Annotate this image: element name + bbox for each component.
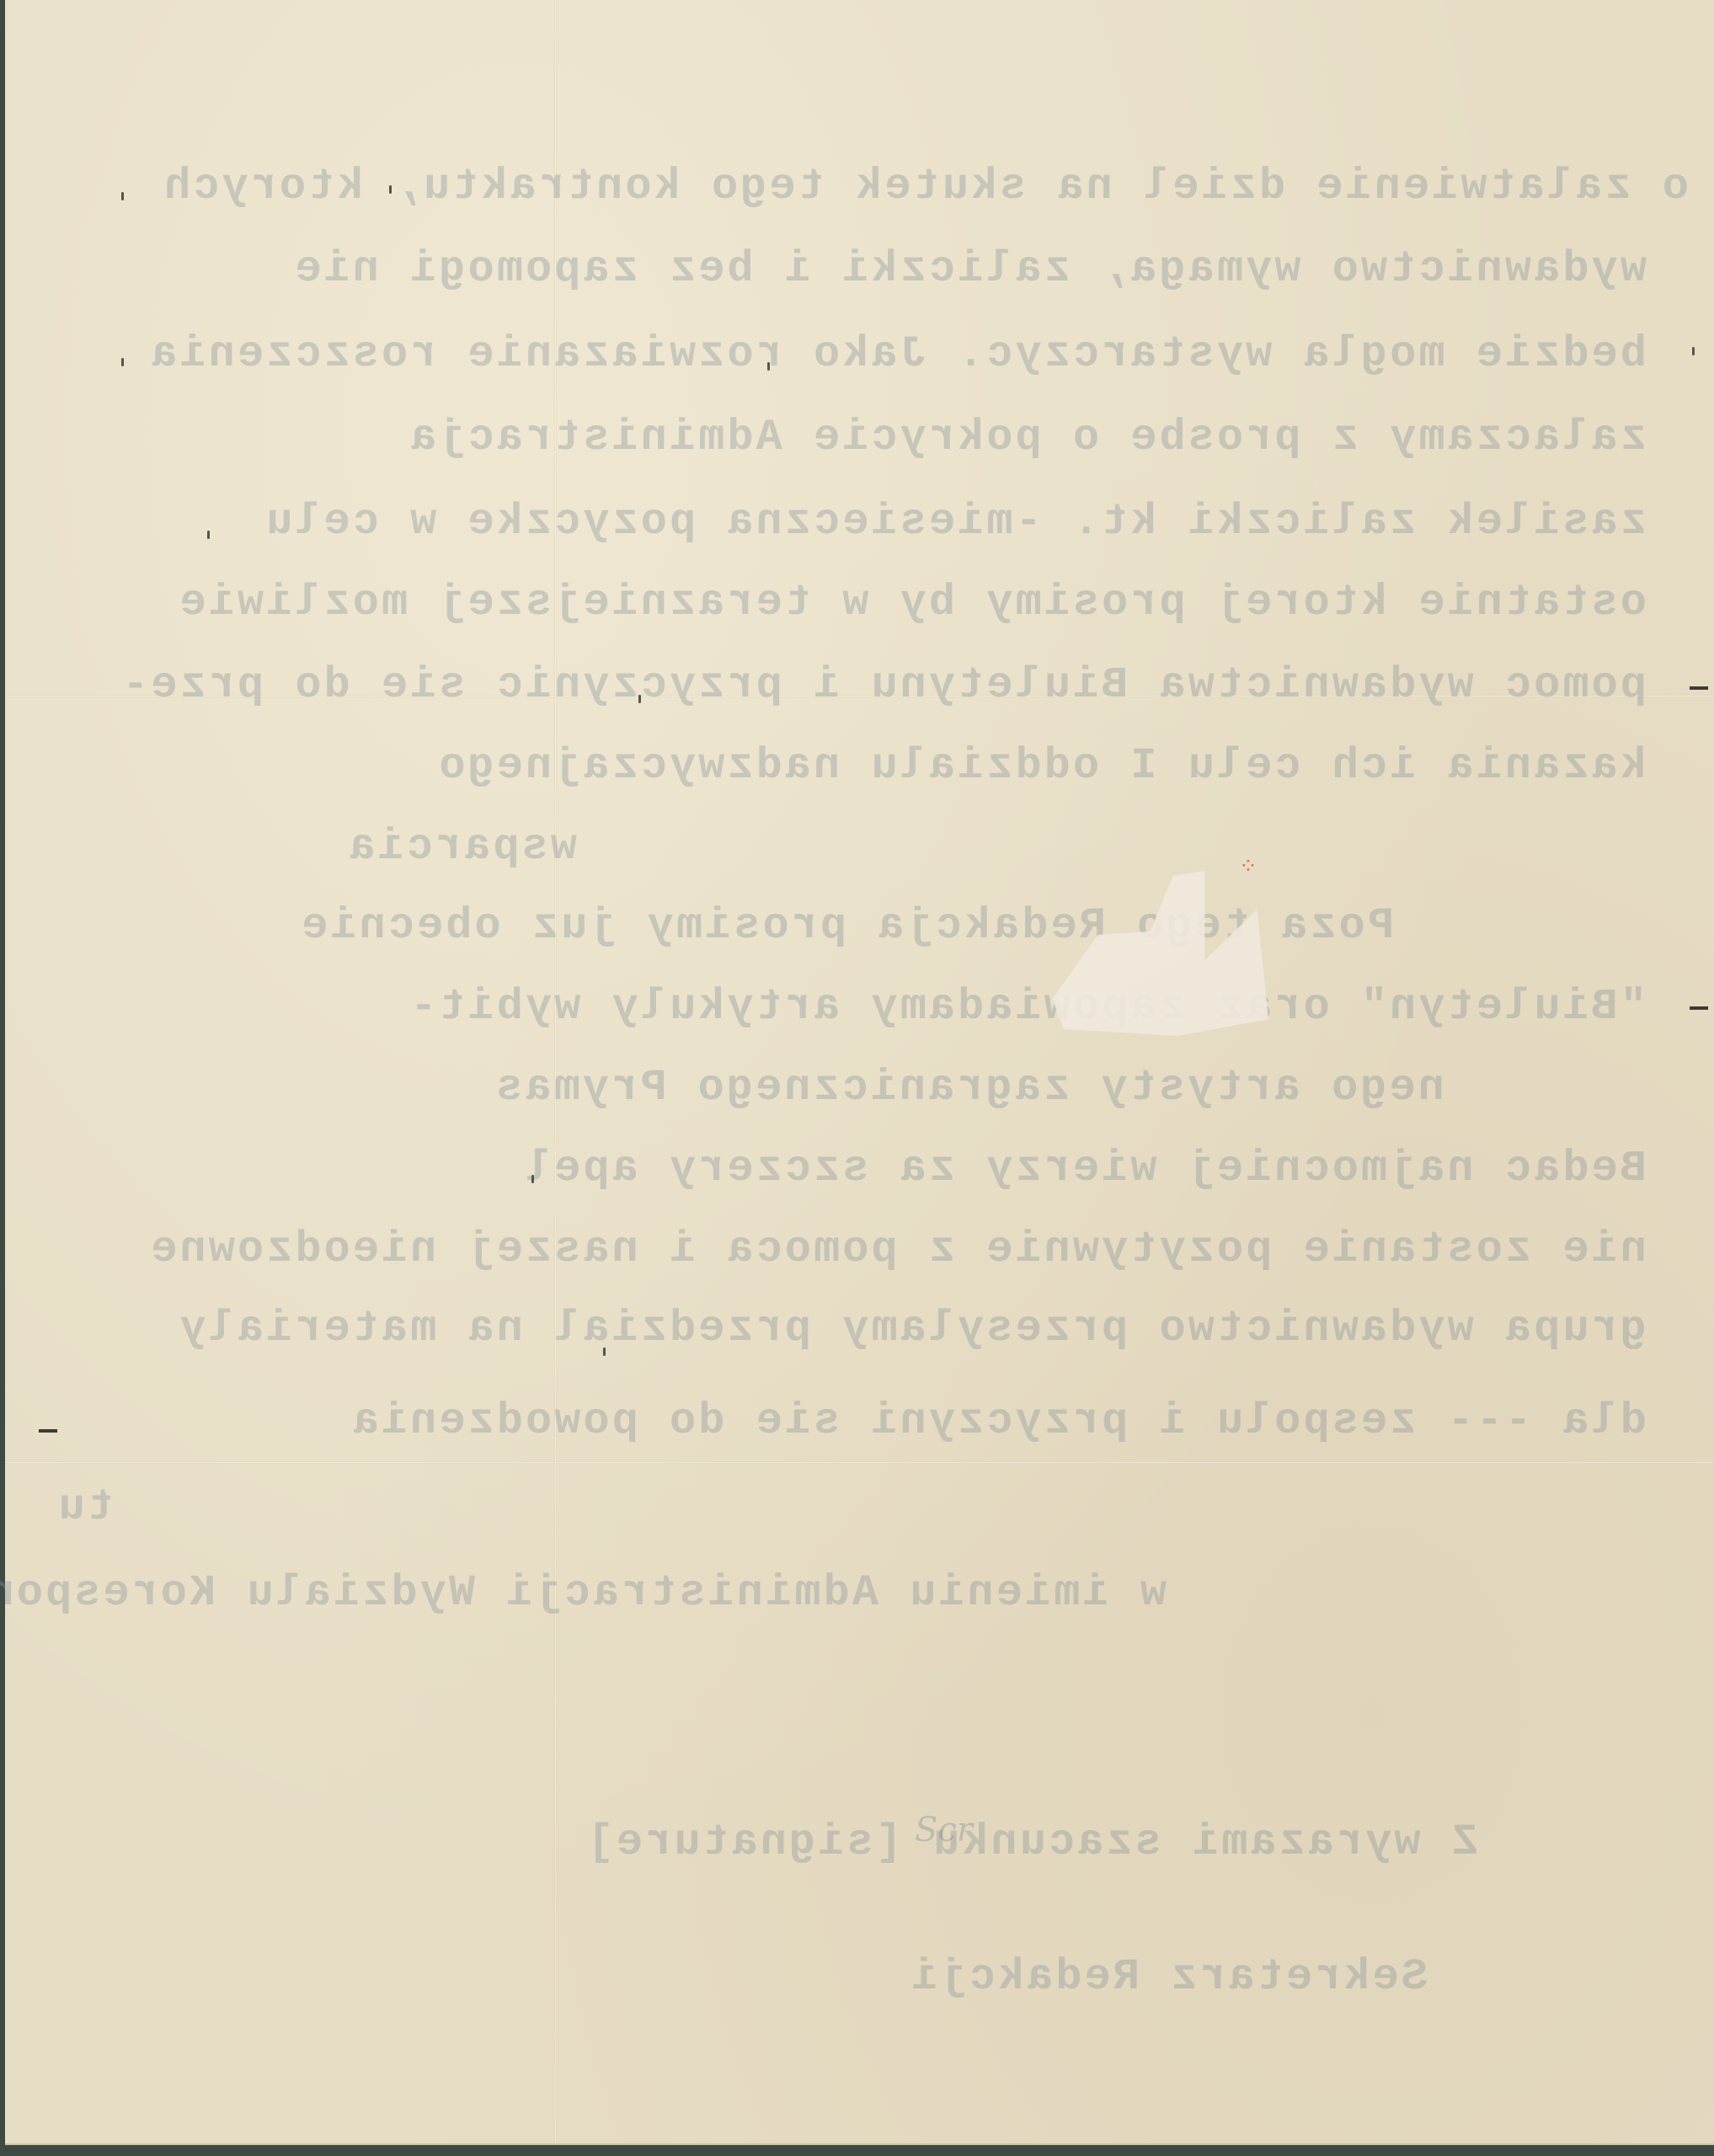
comma-speck bbox=[603, 1347, 606, 1356]
comma-speck bbox=[531, 1175, 534, 1183]
comma-speck bbox=[767, 362, 770, 371]
text-line: pomoc wydawnictwa Biuletynu i przyczynic… bbox=[120, 660, 1647, 710]
mirrored-bleed-through-text: o zalatwienie dziel na skutek tego kontr… bbox=[5, 0, 1714, 2143]
text-line: zalaczamy z prosbe o pokrycie Administra… bbox=[408, 413, 1647, 462]
hyphen-mark bbox=[39, 1429, 57, 1433]
hyphen-mark bbox=[1690, 686, 1708, 690]
hyphen-mark bbox=[1690, 1006, 1708, 1010]
text-line: Bedac najmocniej wierzy za szczery apel bbox=[523, 1144, 1647, 1193]
text-line: wydawnictwo wymaga, zaliczki i bez zapom… bbox=[292, 244, 1647, 294]
comma-speck bbox=[121, 358, 124, 366]
text-line: dla --- zespolu i przyczyni sie do powod… bbox=[350, 1396, 1647, 1446]
text-line: zasilek zaliczki kt. -miesieczna pozyczk… bbox=[264, 497, 1647, 547]
text-line: nie zostanie pozytywnie z pomoca i nasze… bbox=[148, 1225, 1647, 1274]
text-line: wsparcia bbox=[346, 822, 577, 872]
text-line: kazania ich celu I oddzialu nadzwyczajne… bbox=[436, 741, 1647, 791]
signature: Scr bbox=[915, 1811, 1049, 1870]
text-line: ostatnie ktorej prosimy by w terazniejsz… bbox=[178, 578, 1647, 627]
text-line: w imieniu Administracji Wydzialu Korespo… bbox=[0, 1568, 1167, 1618]
text-line: tu bbox=[56, 1482, 114, 1532]
text-line: Sekretarz Redakcji bbox=[909, 1952, 1428, 2002]
comma-speck bbox=[121, 192, 124, 200]
text-line: grupa wydawnictwo przesylamy przedzial n… bbox=[178, 1304, 1647, 1353]
text-line: nego artysty zagranicznego Prymas bbox=[494, 1063, 1444, 1113]
comma-speck bbox=[389, 185, 392, 194]
comma-speck bbox=[638, 695, 641, 703]
paper-sheet: o zalatwienie dziel na skutek tego kontr… bbox=[5, 0, 1714, 2145]
red-ink-mark: ⁘ bbox=[1239, 855, 1264, 880]
text-line: "Biuletyn" oraz zapowiadamy artykuly wyb… bbox=[408, 982, 1647, 1032]
text-line: bedzie mogla wystarczyc. Jako rozwiazani… bbox=[148, 329, 1647, 379]
comma-speck bbox=[207, 531, 210, 539]
comma-speck bbox=[1692, 347, 1695, 355]
